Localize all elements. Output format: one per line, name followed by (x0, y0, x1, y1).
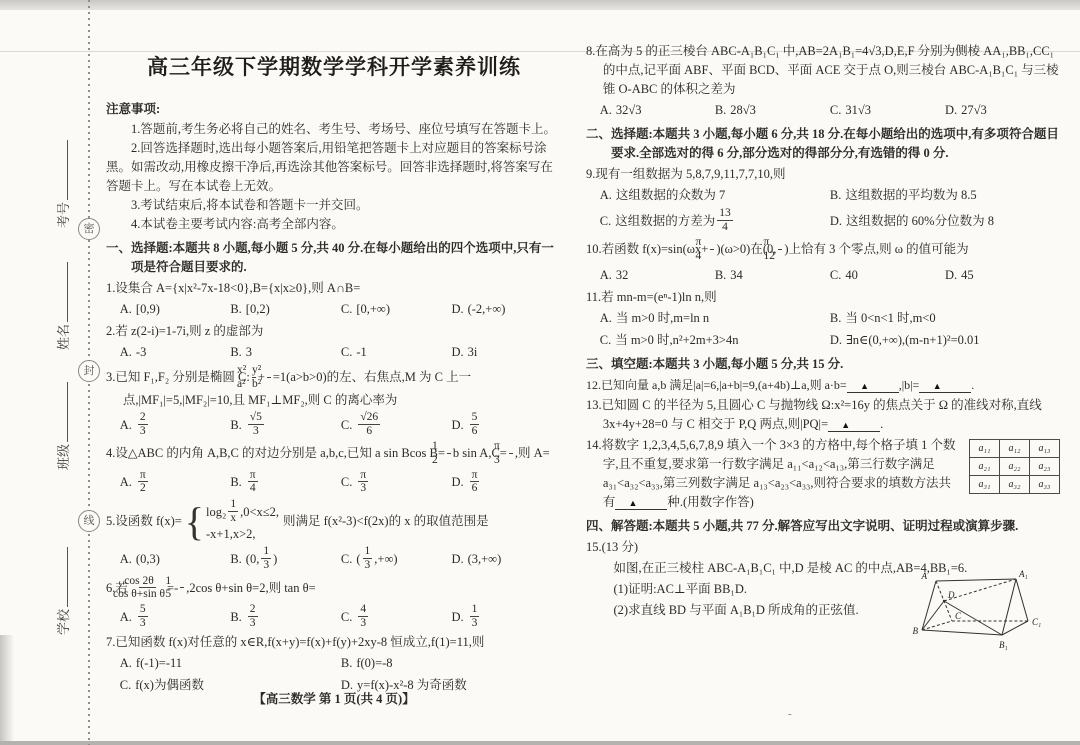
answer-blank: ▲ (919, 380, 971, 394)
question-2-options: A.-3 B.3 C.-1 D.3i (106, 343, 562, 362)
edge-B1C1 (1002, 621, 1028, 635)
fraction: 13 (363, 545, 373, 571)
edge-BC-hidden (922, 621, 952, 630)
question-9-options-row-1: A.这组数据的众数为 7 B.这组数据的平均数为 8.5 (586, 186, 1060, 205)
option-d: D.27√3 (945, 101, 1060, 120)
option-a: A.23 (120, 412, 231, 438)
option-a: A.(0,3) (120, 550, 231, 569)
grid-cell: a₃₂ (1000, 475, 1030, 493)
right-column: 8.在高为 5 的正三棱台 ABC-A₁B₁C₁ 中,AB=2A₁B₁=4√3,… (586, 40, 1060, 656)
option-d: D.(-2,+∞) (451, 300, 562, 319)
q14-number-grid: a₁₁ a₁₂ a₁₃ a₂₁ a₂₂ a₂₃ a₃₁ a₃₂ a₃₃ (969, 439, 1060, 494)
question-9-text: 9.现有一组数据为 5,8,7,9,11,7,7,10,则 (586, 165, 1060, 184)
page-title: 高三年级下学期数学学科开学素养训练 (106, 52, 562, 84)
fraction: 1x (228, 498, 238, 524)
question-7-text: 7.已知函数 f(x)对任意的 x∈R,f(x+y)=f(x)+f(y)+2xy… (106, 633, 562, 652)
option-d: D.13 (451, 604, 562, 630)
fraction: 13 (470, 603, 480, 629)
question-2-text: 2.若 z(2-i)=1-7i,则 z 的虚部为 (106, 322, 562, 341)
fraction: π2 (138, 469, 148, 495)
edge-AB (922, 581, 936, 630)
edge-DA1-hidden (944, 579, 1016, 601)
notice-heading: 注意事项: (106, 100, 562, 119)
option-a: A.32√3 (600, 101, 715, 120)
fraction: π3 (509, 440, 513, 466)
fraction: π4 (248, 469, 258, 495)
option-d: D.∃n∈(0,+∞),(m-n+1)²=0.01 (830, 331, 1060, 350)
question-15-number: 15.(13 分) (586, 538, 1060, 557)
vertex-label-A1: A₁ (1018, 569, 1028, 579)
option-a: A.53 (120, 604, 231, 630)
notice-block: 注意事项: 1.答题前,考生务必将自己的姓名、考生号、考场号、座位号填写在答题卡… (106, 100, 562, 234)
prism-figure: A A₁ D C C₁ B B₁ (900, 568, 1052, 656)
point-D-dot (943, 600, 945, 602)
scan-bottom-edge (0, 741, 1080, 745)
option-c: C.-1 (341, 343, 452, 362)
vertex-label-D: D (947, 590, 955, 600)
question-1-text: 1.设集合 A={x|x²-7x-18<0},B={x|x≥0},则 A∩B= (106, 279, 562, 298)
answer-blank: ▲ (828, 419, 880, 433)
question-3-text: 3.已知 F₁,F₂ 分别是椭圆 C:x²a²+y²b²=1(a>b>0)的左、… (106, 365, 562, 410)
option-c: C.当 m>0 时,n²+2m+3>4n (600, 331, 830, 350)
seal-char-xian: 线 (78, 510, 100, 532)
grid-cell: a₁₁ (970, 439, 1000, 457)
option-b: B.3 (230, 343, 341, 362)
edge-A1C1 (1016, 579, 1028, 621)
scan-top-edge (0, 0, 1080, 10)
fraction: 23 (248, 603, 258, 629)
option-a: A.-3 (120, 343, 231, 362)
fraction: 43 (358, 603, 368, 629)
option-a: A.这组数据的众数为 7 (600, 186, 830, 205)
edge-BB1 (922, 630, 1002, 635)
fraction: cos 2θcos θ+sin θ (130, 575, 165, 601)
question-12-text: 12.已知向量 a,b 满足|a|=6,|a+b|=9,(a+4b)⊥a,则 a… (586, 376, 1060, 394)
question-11-text: 11.若 mn-m=(eⁿ-1)ln n,则 (586, 288, 1060, 307)
seal-char-feng: 封 (78, 360, 100, 382)
sidebar-field-blank-line (55, 547, 68, 607)
option-c: C.43 (341, 604, 452, 630)
question-10-options: A.32 B.34 C.40 D.45 (586, 266, 1060, 285)
vertex-label-C: C (955, 611, 962, 621)
vertex-label-B1: B₁ (999, 640, 1008, 650)
question-11-options-row-1: A.当 m>0 时,m=ln n B.当 0<n<1 时,m<0 (586, 309, 1060, 328)
scan-artifact-dash: - (788, 706, 792, 723)
question-4-text: 4.设△ABC 的内角 A,B,C 的对边分别是 a,b,c,已知 a sin … (106, 441, 562, 467)
fraction: 23 (138, 411, 148, 437)
option-a: A.当 m>0 时,m=ln n (600, 309, 830, 328)
sidebar-field-blank-line (55, 262, 68, 322)
question-11-options-row-2: C.当 m>0 时,n²+2m+3>4n D.∃n∈(0,+∞),(m-n+1)… (586, 331, 1060, 350)
grid-cell: a₁₂ (1000, 439, 1030, 457)
option-d: D.56 (451, 412, 562, 438)
fraction: √266 (358, 411, 380, 437)
option-b: B.[0,2) (230, 300, 341, 319)
edge-BD (922, 601, 944, 630)
option-c: C.(13,+∞) (341, 546, 452, 572)
option-c: C.这组数据的方差为134 (600, 208, 830, 234)
edge-AA1 (936, 579, 1016, 581)
option-c: C.π3 (341, 470, 452, 496)
sidebar-field-label: 学校 (56, 609, 71, 635)
vertex-label-C1: C₁ (1032, 617, 1041, 627)
question-8-text: 8.在高为 5 的正三棱台 ABC-A₁B₁C₁ 中,AB=2A₁B₁=4√3,… (586, 42, 1060, 99)
fraction: √53 (248, 411, 264, 437)
option-c: C.[0,+∞) (341, 300, 452, 319)
fraction: π4 (710, 236, 714, 262)
question-6-text: 6.若cos 2θcos θ+sin θ=-15,2cos θ+sin θ=2,… (106, 576, 562, 602)
option-d: D.这组数据的 60%分位数为 8 (830, 212, 1060, 231)
edge-DB1 (944, 601, 1002, 635)
scan-corner-shadow (0, 635, 14, 741)
grid-cell: a₃₁ (970, 475, 1000, 493)
fraction: 56 (470, 411, 480, 437)
option-c: C.31√3 (830, 101, 945, 120)
sidebar-field-blank-line (55, 140, 68, 200)
option-b: B.√53 (230, 412, 341, 438)
fraction: π6 (470, 469, 480, 495)
question-10-text: 10.若函数 f(x)=sin(ωx+π4)(ω>0)在(0,π12)上恰有 3… (586, 237, 1060, 263)
grid-cell: a₃₃ (1030, 475, 1060, 493)
answer-blank: ▲ (615, 497, 667, 511)
fraction: y²b² (267, 364, 271, 390)
fraction: 53 (138, 603, 148, 629)
option-b: B.34 (715, 266, 830, 285)
fraction: 15 (180, 575, 184, 601)
section-heading-2: 二、选择题:本题共 3 小题,每小题 6 分,共 18 分.在每小题给出的选项中… (586, 125, 1060, 163)
option-b: B.π4 (230, 470, 341, 496)
option-b: B.23 (230, 604, 341, 630)
question-8-options: A.32√3 B.28√3 C.31√3 D.27√3 (586, 101, 1060, 120)
sidebar-field-name: 姓名 (54, 220, 70, 350)
sidebar-field-blank-line (55, 382, 68, 442)
question-6-options: A.53 B.23 C.43 D.13 (106, 604, 562, 630)
option-a: A.32 (600, 266, 715, 285)
question-7-options-row-1: A.f(-1)=-11 B.f(0)=-8 (106, 654, 562, 673)
option-d: D.45 (945, 266, 1060, 285)
piecewise-brace: { (185, 504, 204, 540)
option-d: D.(3,+∞) (451, 550, 562, 569)
question-15-block: 15.(13 分) 如图,在正三棱柱 ABC-A₁B₁C₁ 中,D 是棱 AC … (586, 538, 1060, 656)
seal-char-mi: 密 (78, 218, 100, 240)
answer-blank: ▲ (847, 380, 899, 394)
grid-cell: a₂₁ (970, 457, 1000, 475)
fraction: π12 (778, 236, 782, 262)
fraction: π3 (358, 469, 368, 495)
piecewise-line-2: -x+1,x>2, (206, 525, 279, 544)
sidebar-field-label: 班级 (56, 444, 71, 470)
notice-item-4: 4.本试卷主要考试内容:高考全部内容。 (106, 215, 562, 234)
question-14-text: a₁₁ a₁₂ a₁₃ a₂₁ a₂₂ a₂₃ a₃₁ a₃₂ a₃₃ 14.将… (586, 436, 1060, 512)
left-column: 高三年级下学期数学学科开学素养训练 注意事项: 1.答题前,考生务必将自己的姓名… (106, 44, 562, 698)
question-5-options: A.(0,3) B.(0,13) C.(13,+∞) D.(3,+∞) (106, 546, 562, 572)
edge-A1B1 (1002, 579, 1016, 635)
grid-cell: a₂₂ (1000, 457, 1030, 475)
option-b: B.(0,13) (230, 546, 341, 572)
piecewise-line-1: log₂1x,0<x≤2, (206, 499, 279, 525)
grid-cell: a₂₃ (1030, 457, 1060, 475)
grid-cell: a₁₃ (1030, 439, 1060, 457)
notice-item-3: 3.考试结束后,将本试卷和答题卡一并交回。 (106, 196, 562, 215)
option-b: B.28√3 (715, 101, 830, 120)
page-footer: 【高三数学 第 1 页(共 4 页)】 (106, 690, 562, 709)
section-heading-3: 三、填空题:本题共 3 小题,每小题 5 分,共 15 分. (586, 355, 1060, 374)
fraction: 13 (261, 545, 271, 571)
option-b: B.当 0<n<1 时,m<0 (830, 309, 1060, 328)
sidebar-field-school: 学校 (54, 505, 70, 635)
option-d: D.3i (451, 343, 562, 362)
question-3-options: A.23 B.√53 C.√266 D.56 (106, 412, 562, 438)
question-5-text: 5.设函数 f(x)= { log₂1x,0<x≤2, -x+1,x>2, 则满… (106, 499, 562, 544)
question-13-text: 13.已知圆 C 的半径为 5,且圆心 C 与抛物线 Ω:x²=16y 的焦点关… (586, 396, 1060, 434)
section-heading-4: 四、解答题:本题共 5 小题,共 77 分.解答应写出文字说明、证明过程或演算步… (586, 517, 1060, 536)
option-b: B.这组数据的平均数为 8.5 (830, 186, 1060, 205)
option-a: A.π2 (120, 470, 231, 496)
sidebar-field-exam-number: 考号 (54, 98, 70, 228)
vertex-label-A: A (921, 571, 928, 581)
option-c: C.√266 (341, 412, 452, 438)
question-1-options: A.[0,9) B.[0,2) C.[0,+∞) D.(-2,+∞) (106, 300, 562, 319)
fraction: 134 (717, 207, 733, 233)
option-a: A.[0,9) (120, 300, 231, 319)
section-heading-1: 一、选择题:本题共 8 小题,每小题 5 分,共 40 分.在每小题给出的四个选… (106, 239, 562, 277)
vertex-label-B: B (913, 626, 919, 636)
fraction: 12 (447, 440, 451, 466)
option-c: C.40 (830, 266, 945, 285)
option-a: A.f(-1)=-11 (120, 654, 341, 673)
question-9-options-row-2: C.这组数据的方差为134 D.这组数据的 60%分位数为 8 (586, 208, 1060, 234)
sidebar-field-class: 班级 (54, 340, 70, 470)
option-b: B.f(0)=-8 (341, 654, 562, 673)
question-4-options: A.π2 B.π4 C.π3 D.π6 (106, 470, 562, 496)
notice-item-1: 1.答题前,考生务必将自己的姓名、考生号、考场号、座位号填写在答题卡上。 (106, 120, 562, 139)
notice-item-2: 2.回答选择题时,选出每小题答案后,用铅笔把答题卡上对应题目的答案标号涂黑。如需… (106, 139, 562, 196)
exam-paper-page: 考号 姓名 班级 学校 密 封 线 高三年级下学期数学学科开学素养训练 注意事项… (0, 0, 1080, 745)
option-d: D.π6 (451, 470, 562, 496)
